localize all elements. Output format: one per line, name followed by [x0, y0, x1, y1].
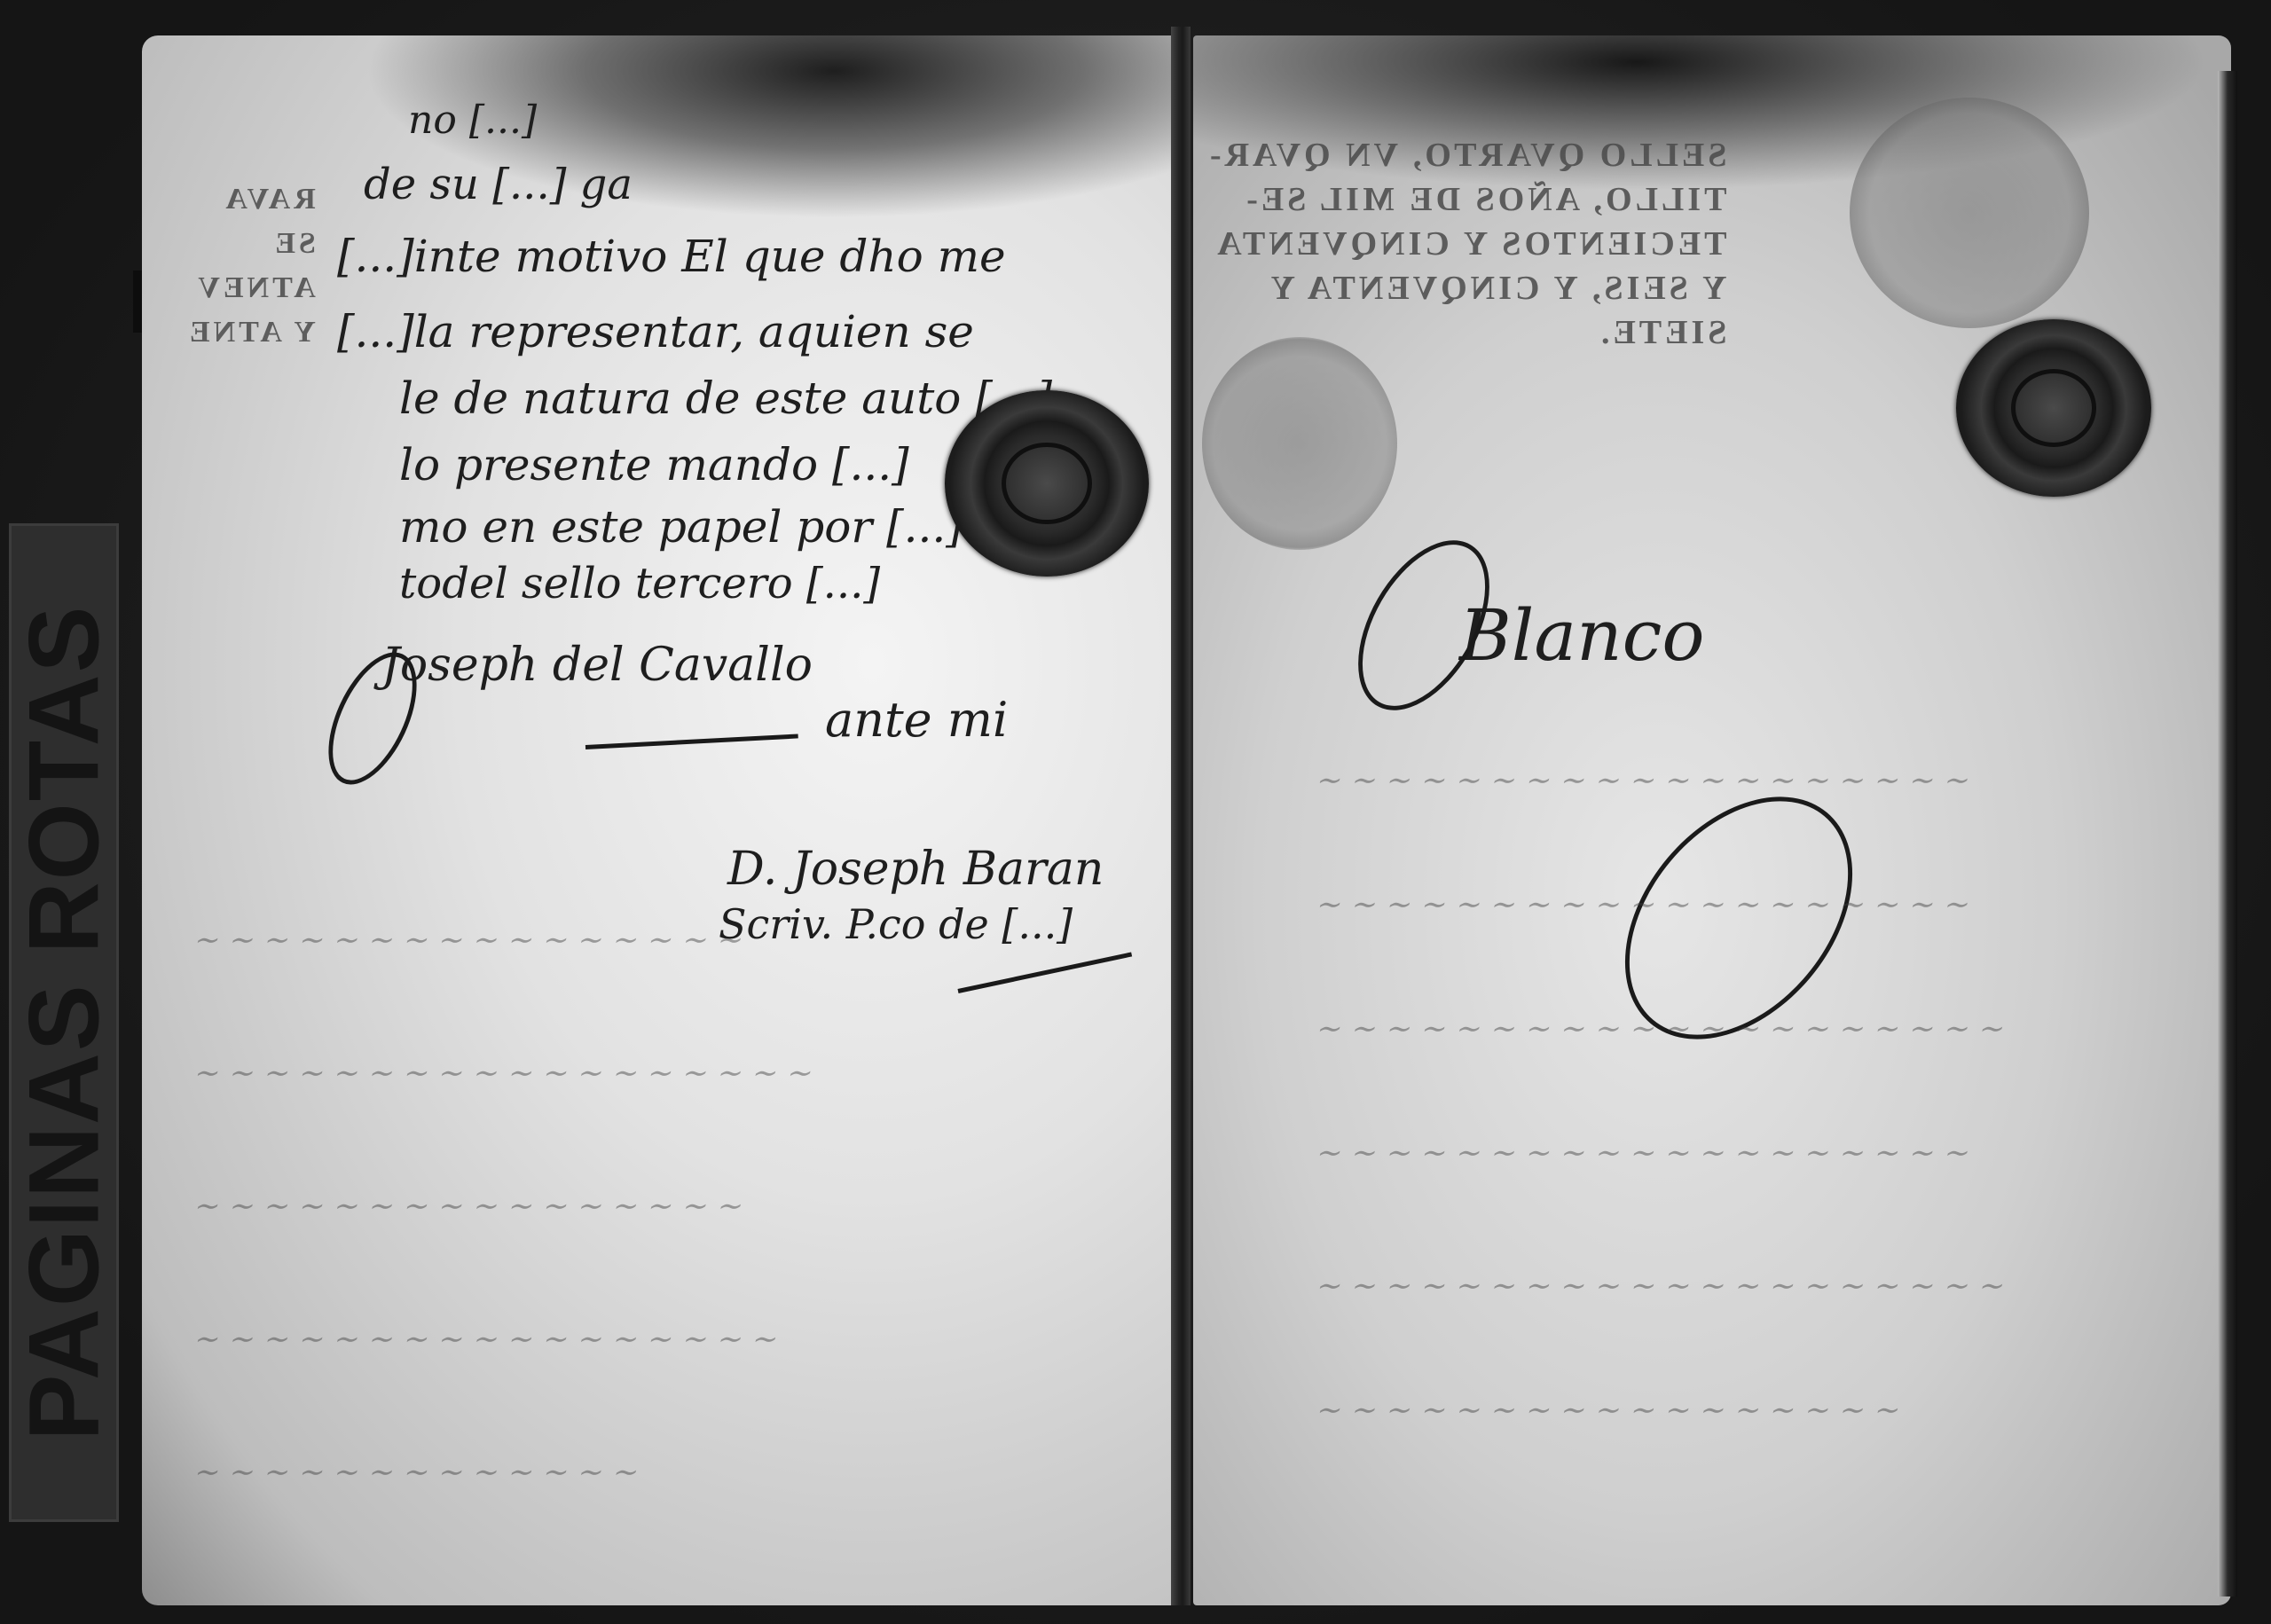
page-edge — [2218, 71, 2237, 1597]
bleed-through-text: ~ ~ ~ ~ ~ ~ ~ ~ ~ ~ ~ ~ ~ ~ ~ ~ ~ ~ ~ ~ — [1313, 1011, 2010, 1047]
handwritten-line: lo presente mando [...] — [399, 439, 909, 490]
signature-rule — [957, 952, 1132, 992]
bleed-through-text: ~ ~ ~ ~ ~ ~ ~ ~ ~ ~ ~ ~ ~ ~ ~ ~ — [191, 922, 749, 958]
right-page: SELLO QVARTO, VN QVAR- TILLO, AÑOS DE MI… — [1193, 35, 2231, 1605]
bleed-through-text: ~ ~ ~ ~ ~ ~ ~ ~ ~ ~ ~ ~ ~ ~ ~ ~ ~ ~ ~ — [1313, 1135, 1976, 1171]
signature-baran: D. Joseph Baran — [727, 843, 1104, 896]
signature-cavallo: Joseph del Cavallo — [381, 639, 813, 692]
signature-title: Scriv. P.co de [...] — [719, 900, 1073, 948]
handwritten-line: todel sello tercero [...] — [399, 559, 880, 608]
margin-stamp-text: PAGINAS ROTAS — [7, 605, 122, 1441]
paginas-rotas-stamp: PAGINAS ROTAS — [9, 523, 119, 1522]
handwritten-line: no [...] — [408, 98, 537, 143]
bleed-through-text: ~ ~ ~ ~ ~ ~ ~ ~ ~ ~ ~ ~ ~ ~ ~ ~ ~ ~ — [191, 1055, 818, 1091]
signature-rule — [585, 734, 798, 749]
signature-blanco: Blanco — [1459, 594, 1705, 677]
faint-seal-top — [1850, 98, 2089, 328]
left-page: RAVA SE ATNEV Y ATNE no [...] de su [...… — [142, 35, 1184, 1605]
ante-mi: ante mi — [825, 692, 1008, 748]
handwritten-line: le de natura de este auto [...] — [399, 373, 1052, 424]
dark-seal — [945, 390, 1149, 577]
bleed-through-text: ~ ~ ~ ~ ~ ~ ~ ~ ~ ~ ~ ~ ~ ~ ~ ~ ~ — [191, 1322, 783, 1357]
book-gutter — [1171, 27, 1191, 1605]
handwritten-line: [...]inte motivo El que dho me — [337, 231, 1006, 282]
faint-seal-left — [1202, 337, 1397, 550]
bleed-through-text: ~ ~ ~ ~ ~ ~ ~ ~ ~ ~ ~ ~ ~ — [191, 1455, 644, 1490]
handwritten-line: mo en este papel por [...] — [399, 501, 963, 553]
handwritten-line: [...]la representar, aquien se — [337, 306, 974, 357]
mirrored-stamp-fragment: RAVA SE ATNEV Y ATNE — [186, 177, 316, 355]
bleed-through-text: ~ ~ ~ ~ ~ ~ ~ ~ ~ ~ ~ ~ ~ ~ ~ ~ ~ ~ ~ — [1313, 763, 1976, 798]
bleed-through-text: ~ ~ ~ ~ ~ ~ ~ ~ ~ ~ ~ ~ ~ ~ ~ ~ ~ — [1313, 1393, 1906, 1428]
dark-seal-right — [1956, 319, 2151, 497]
mirrored-stamp-text: SELLO QVARTO, VN QVAR- TILLO, AÑOS DE MI… — [1206, 133, 1726, 355]
bleed-through-text: ~ ~ ~ ~ ~ ~ ~ ~ ~ ~ ~ ~ ~ ~ ~ ~ — [191, 1189, 749, 1224]
bleed-through-text: ~ ~ ~ ~ ~ ~ ~ ~ ~ ~ ~ ~ ~ ~ ~ ~ ~ ~ ~ ~ — [1313, 1268, 2010, 1304]
handwritten-line: de su [...] ga — [364, 160, 633, 209]
bleed-through-text: ~ ~ ~ ~ ~ ~ ~ ~ ~ ~ ~ ~ ~ ~ ~ ~ ~ ~ ~ — [1313, 887, 1976, 922]
